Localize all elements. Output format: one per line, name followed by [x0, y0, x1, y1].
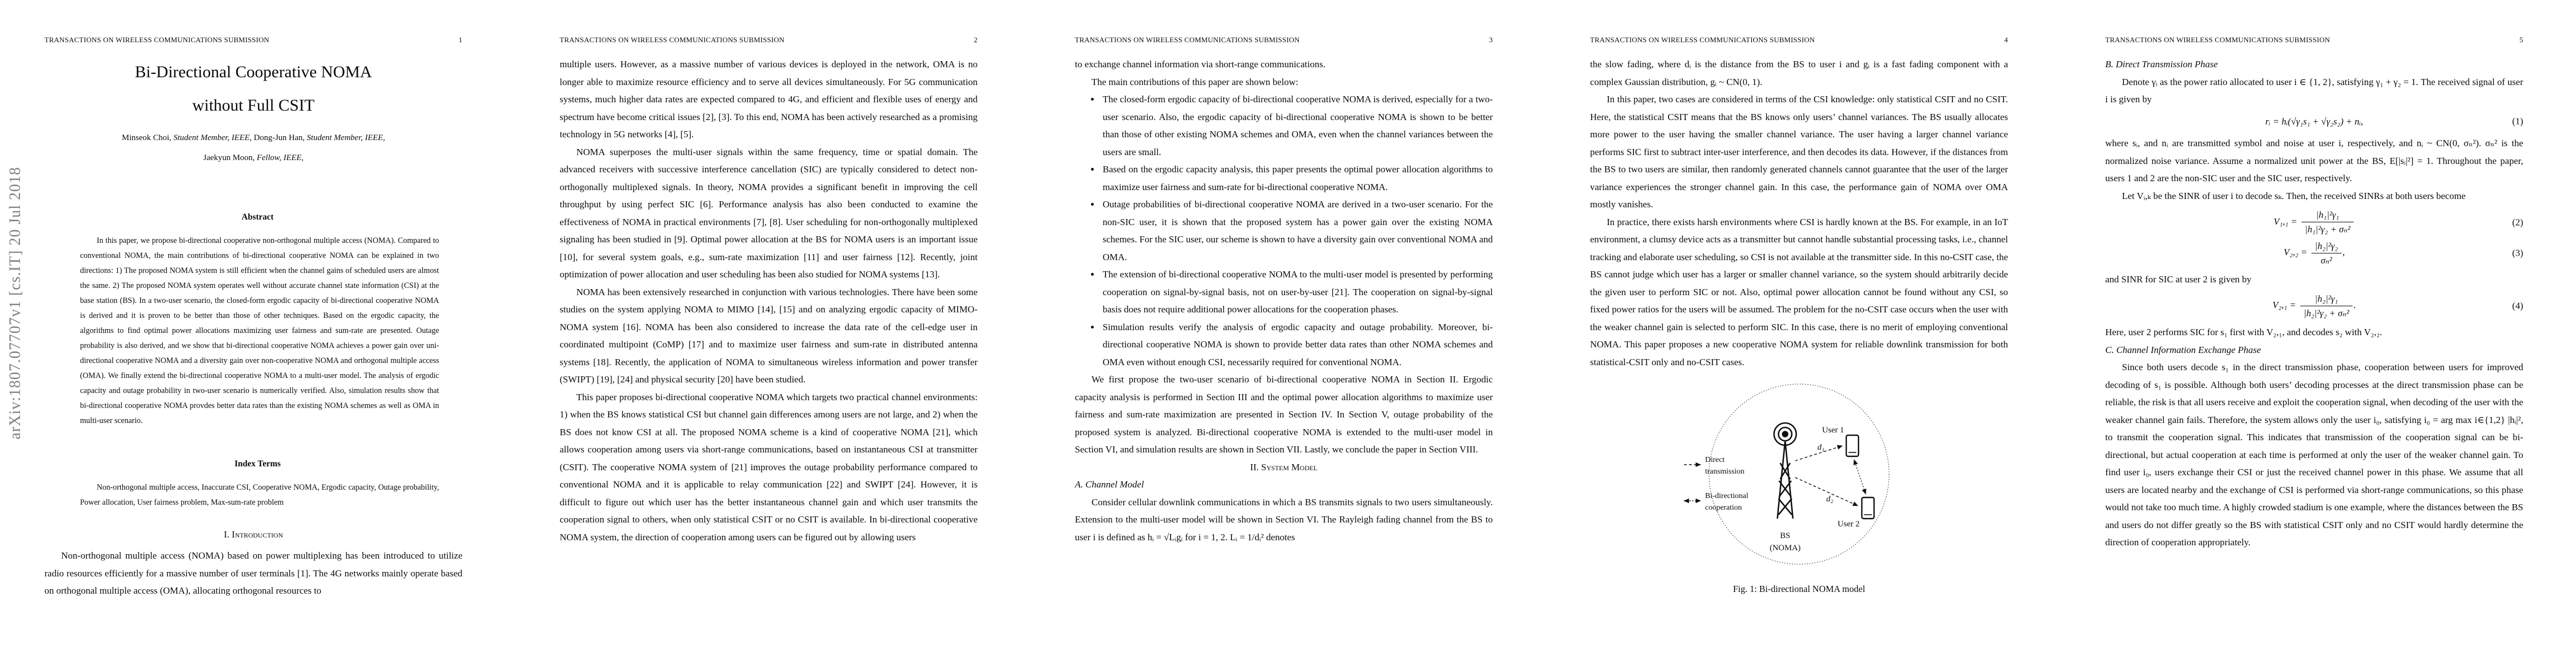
paper-title-line1: Bi-Directional Cooperative NOMA: [44, 56, 462, 89]
list-item: Simulation results verify the analysis o…: [1100, 318, 1493, 371]
bs-label: BS: [1780, 531, 1790, 540]
running-header: TRANSACTIONS ON WIRELESS COMMUNICATIONS …: [1075, 36, 1493, 44]
paragraph: multiple users. However, as a massive nu…: [560, 56, 978, 143]
equation-3-tail: ,: [2343, 247, 2345, 257]
paragraph: the slow fading, where dᵢ is the distanc…: [1590, 56, 2008, 91]
abstract-body: In this paper, we propose bi-directional…: [80, 233, 439, 429]
equation-3-number: (3): [2512, 245, 2523, 262]
figure-1: User 1 User 2 d₁ d₂ BS (NOMA) Direct tra…: [1590, 379, 2008, 574]
authors-line1: Minseok Choi, Student Member, IEEE, Dong…: [44, 128, 462, 148]
paragraph: In this paper, two cases are considered …: [1590, 91, 2008, 213]
paragraph: Since both users decode s₁ in the direct…: [2105, 359, 2523, 551]
abstract-heading: Abstract: [0, 212, 515, 222]
list-item: Based on the ergodic capacity analysis, …: [1100, 161, 1493, 196]
list-item: Outage probabilities of bi-directional c…: [1100, 196, 1493, 266]
base-station-icon: [1774, 423, 1796, 519]
equation-4: V₂,₁ =|h₂|²γ₁|h₂|²γ₂ + σₙ². (4): [2105, 293, 2523, 320]
equation-1-number: (1): [2512, 113, 2523, 131]
page-number: 2: [974, 36, 978, 44]
page-1: TRANSACTIONS ON WIRELESS COMMUNICATIONS …: [0, 0, 515, 667]
author-role: Student Member, IEEE,: [307, 133, 385, 142]
equation-1-body: rᵢ = hᵢ(√γ₁s₁ + √γ₂s₂) + nᵢ,: [2265, 116, 2363, 127]
equation-2-lhs: V₁,₁ =: [2274, 216, 2297, 227]
page-4-body: the slow fading, where dᵢ is the distanc…: [1590, 56, 2008, 598]
paragraph: In practice, there exists harsh environm…: [1590, 213, 2008, 371]
list-item: The closed-form ergodic capacity of bi-d…: [1100, 91, 1493, 161]
paragraph: Non-orthogonal multiple access (NOMA) ba…: [44, 547, 462, 600]
journal-name: TRANSACTIONS ON WIRELESS COMMUNICATIONS …: [1590, 36, 1815, 44]
page-5-body: B. Direct Transmission Phase Denote γᵢ a…: [2105, 56, 2523, 551]
journal-name: TRANSACTIONS ON WIRELESS COMMUNICATIONS …: [2105, 36, 2330, 44]
section-heading-introduction: I. Introduction: [44, 529, 462, 540]
paragraph: NOMA has been extensively researched in …: [560, 283, 978, 389]
page-2-body: multiple users. However, as a massive nu…: [560, 56, 978, 546]
equation-3: V₂,₂ =|h₂|²γ₂σₙ², (3): [2105, 240, 2523, 267]
paragraph: and SINR for SIC at user 2 is given by: [2105, 271, 2523, 288]
equation-3-fraction: |h₂|²γ₂σₙ²: [2311, 240, 2341, 267]
five-page-spread: TRANSACTIONS ON WIRELESS COMMUNICATIONS …: [0, 0, 2576, 667]
legend-cooperation-line2: cooperation: [1705, 504, 1742, 512]
user-cooperation-arrow: [1854, 460, 1866, 494]
author-role: Fellow, IEEE,: [257, 153, 303, 162]
running-header: TRANSACTIONS ON WIRELESS COMMUNICATIONS …: [1590, 36, 2008, 44]
arxiv-watermark: arXiv:1807.07707v1 [cs.IT] 20 Jul 2018: [7, 167, 24, 440]
equation-1: rᵢ = hᵢ(√γ₁s₁ + √γ₂s₂) + nᵢ, (1): [2105, 113, 2523, 131]
numerator: |h₂|²γ₂: [2311, 240, 2341, 253]
denominator: σₙ²: [2311, 253, 2341, 266]
subsection-heading-direct-transmission: B. Direct Transmission Phase: [2105, 56, 2523, 73]
denominator: |h₁|²γ₂ + σₙ²: [2301, 222, 2354, 235]
paragraph: Denote γᵢ as the power ratio allocated t…: [2105, 73, 2523, 108]
numerator: |h₁|²γ₁: [2301, 209, 2354, 222]
bs-noma-label: (NOMA): [1770, 544, 1801, 552]
equation-2-fraction: |h₁|²γ₁|h₁|²γ₂ + σₙ²: [2301, 209, 2354, 236]
author-name: Dong-Jun Han,: [252, 133, 307, 142]
list-item: The extension of bi-directional cooperat…: [1100, 266, 1493, 318]
paper-title: Bi-Directional Cooperative NOMA without …: [44, 56, 462, 122]
page-5: TRANSACTIONS ON WIRELESS COMMUNICATIONS …: [2061, 0, 2576, 667]
paragraph: where sᵢ, and nᵢ are transmitted symbol …: [2105, 135, 2523, 187]
equation-4-fraction: |h₂|²γ₁|h₂|²γ₂ + σₙ²: [2300, 293, 2353, 320]
d1-label: d₁: [1817, 443, 1825, 452]
index-terms-heading: Index Terms: [0, 459, 515, 469]
index-terms-body: Non-orthogonal multiple access, Inaccura…: [80, 480, 439, 510]
user1-label: User 1: [1822, 426, 1844, 435]
page-number: 3: [1489, 36, 1493, 44]
subsection-heading-channel-info-exchange: C. Channel Information Exchange Phase: [2105, 341, 2523, 359]
index-terms-text: Non-orthogonal multiple access, Inaccura…: [80, 480, 439, 510]
legend-cooperation-line1: Bi-directional: [1705, 492, 1748, 500]
equation-2-number: (2): [2512, 213, 2523, 231]
equation-3-lhs: V₂,₂ =: [2284, 247, 2307, 257]
paragraph: to exchange channel information via shor…: [1075, 56, 1493, 73]
paragraph: NOMA superposes the multi-user signals w…: [560, 143, 978, 283]
user1-phone-icon: [1846, 435, 1858, 456]
contributions-list: The closed-form ergodic capacity of bi-d…: [1075, 91, 1493, 371]
abstract-text: In this paper, we propose bi-directional…: [80, 233, 439, 429]
paragraph: This paper proposes bi-directional coope…: [560, 389, 978, 546]
equation-4-lhs: V₂,₁ =: [2273, 300, 2296, 310]
page-3-body: to exchange channel information via shor…: [1075, 56, 1493, 546]
equation-2: V₁,₁ =|h₁|²γ₁|h₁|²γ₂ + σₙ² (2): [2105, 209, 2523, 236]
journal-name: TRANSACTIONS ON WIRELESS COMMUNICATIONS …: [44, 36, 269, 44]
paragraph: The main contributions of this paper are…: [1075, 73, 1493, 91]
page-2: TRANSACTIONS ON WIRELESS COMMUNICATIONS …: [515, 0, 1030, 667]
user2-label: User 2: [1837, 520, 1860, 529]
running-header: TRANSACTIONS ON WIRELESS COMMUNICATIONS …: [560, 36, 978, 44]
journal-name: TRANSACTIONS ON WIRELESS COMMUNICATIONS …: [1075, 36, 1299, 44]
authors: Minseok Choi, Student Member, IEEE, Dong…: [44, 128, 462, 168]
page-number: 4: [2004, 36, 2008, 44]
paragraph: Let Vᵢ,ₖ be the SINR of user i to decode…: [2105, 187, 2523, 205]
author-name: Jaekyun Moon,: [203, 153, 257, 162]
paragraph: Here, user 2 performs SIC for s₁ first w…: [2105, 323, 2523, 341]
user2-phone-icon: [1862, 497, 1874, 519]
numerator: |h₂|²γ₁: [2300, 293, 2353, 306]
equation-4-number: (4): [2512, 297, 2523, 315]
legend-direct-line1: Direct: [1705, 456, 1725, 464]
author-role: Student Member, IEEE,: [173, 133, 252, 142]
paper-title-line2: without Full CSIT: [44, 89, 462, 122]
author-name: Minseok Choi,: [122, 133, 173, 142]
page-number: 5: [2519, 36, 2523, 44]
figure-1-caption: Fig. 1: Bi-directional NOMA model: [1590, 580, 2008, 598]
d2-label: d₂: [1826, 495, 1833, 504]
page-3: TRANSACTIONS ON WIRELESS COMMUNICATIONS …: [1030, 0, 1546, 667]
paragraph: We first propose the two-user scenario o…: [1075, 371, 1493, 459]
equation-4-tail: .: [2354, 300, 2356, 310]
page-4: TRANSACTIONS ON WIRELESS COMMUNICATIONS …: [1546, 0, 2061, 667]
noma-model-diagram: User 1 User 2 d₁ d₂ BS (NOMA) Direct tra…: [1668, 379, 1930, 568]
journal-name: TRANSACTIONS ON WIRELESS COMMUNICATIONS …: [560, 36, 784, 44]
section-heading-system-model: II. System Model: [1075, 459, 1493, 476]
page-number: 1: [459, 36, 462, 44]
legend-direct-line2: transmission: [1705, 467, 1745, 476]
denominator: |h₂|²γ₂ + σₙ²: [2300, 306, 2353, 319]
subsection-heading-channel-model: A. Channel Model: [1075, 476, 1493, 494]
running-header: TRANSACTIONS ON WIRELESS COMMUNICATIONS …: [2105, 36, 2523, 44]
authors-line2: Jaekyun Moon, Fellow, IEEE,: [44, 148, 462, 168]
running-header: TRANSACTIONS ON WIRELESS COMMUNICATIONS …: [44, 36, 462, 44]
paragraph: Consider cellular downlink communication…: [1075, 494, 1493, 546]
introduction-body: Non-orthogonal multiple access (NOMA) ba…: [44, 547, 462, 600]
